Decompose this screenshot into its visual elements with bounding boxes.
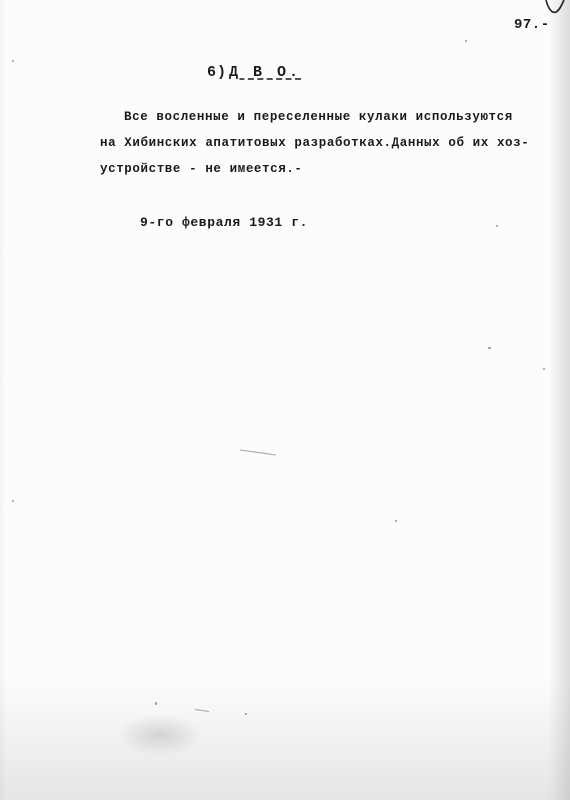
scan-scratch bbox=[240, 449, 276, 455]
scan-speck bbox=[12, 500, 14, 502]
body-line: на Хибинских апатитовых разработках.Данн… bbox=[100, 130, 560, 156]
body-line: устройстве - не имеется.- bbox=[100, 156, 560, 182]
scan-scratch bbox=[195, 709, 209, 712]
scan-speck bbox=[488, 347, 491, 349]
page-number: 97.- bbox=[514, 17, 550, 33]
document-date: 9-го февраля 1931 г. bbox=[140, 215, 308, 230]
section-heading: 6)Д В О. bbox=[207, 64, 301, 81]
scan-speck bbox=[465, 40, 467, 42]
scan-speck bbox=[155, 702, 157, 705]
scan-speck bbox=[245, 713, 247, 715]
scanned-document-page: 97.- 6)Д В О. Все воcленные и переселенн… bbox=[0, 0, 570, 800]
scan-speck bbox=[496, 225, 498, 227]
section-title: Д В О. bbox=[229, 64, 301, 81]
body-line: Все воcленные и переселенные кулаки испо… bbox=[100, 104, 560, 130]
body-paragraph: Все воcленные и переселенные кулаки испо… bbox=[100, 104, 560, 182]
scan-speck bbox=[12, 60, 14, 62]
scan-speck bbox=[395, 520, 397, 522]
scan-speck bbox=[543, 368, 545, 370]
section-label: 6) bbox=[207, 64, 227, 81]
